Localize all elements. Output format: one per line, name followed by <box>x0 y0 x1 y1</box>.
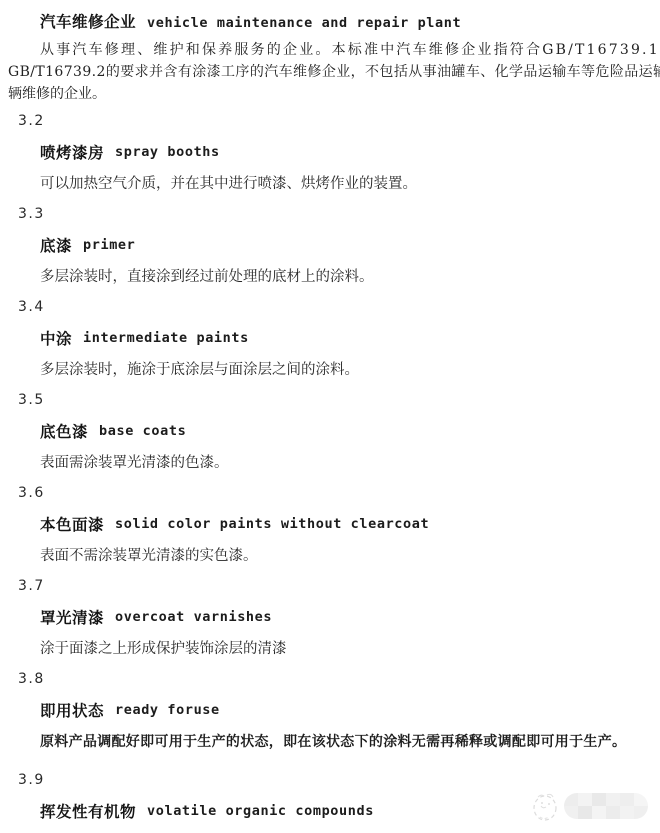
term-definition-paragraph: 从事汽车修理、维护和保养服务的企业。本标准中汽车维修企业指符合GB/T16739… <box>8 39 650 105</box>
term-chinese: 底色漆 <box>40 420 88 442</box>
term-english: volatile organic compounds <box>147 803 374 819</box>
definition-line: 从事汽车修理、维护和保养服务的企业。本标准中汽车维修企业指符合GB/T16739… <box>40 39 650 61</box>
term-definition: 涂于面漆之上形成保护装饰涂层的清漆 <box>40 637 287 658</box>
terminology-sections: 3.2 喷烤漆房spray booths 可以加热空气介质，并在其中进行喷漆、烘… <box>8 105 650 826</box>
term-section-3-7: 3.7 罩光清漆overcoat varnishes 涂于面漆之上形成保护装饰涂… <box>8 570 650 663</box>
term-definition: 可以加热空气介质，并在其中进行喷漆、烘烤作业的装置。 <box>40 172 417 193</box>
term-chinese: 本色面漆 <box>40 513 104 535</box>
watermark-logo-icon <box>530 789 560 823</box>
section-number: 3.8 <box>18 671 45 687</box>
term-definition: 表面不需涂装罩光清漆的实色漆。 <box>40 544 258 565</box>
term-definition: 原料产品调配好即可用于生产的状态，即在该状态下的涂料无需再稀释或调配即可用于生产… <box>40 731 626 751</box>
section-number: 3.5 <box>18 392 45 408</box>
term-section-3-4: 3.4 中涂intermediate paints 多层涂装时，施涂于底涂层与面… <box>8 291 650 384</box>
term-chinese: 中涂 <box>40 327 72 349</box>
term-english: vehicle maintenance and repair plant <box>147 15 461 31</box>
term-english: intermediate paints <box>83 330 249 346</box>
term-english: ready foruse <box>115 702 220 718</box>
term-chinese: 挥发性有机物 <box>40 800 136 822</box>
term-chinese: 即用状态 <box>40 699 104 721</box>
term-chinese: 汽车维修企业 <box>40 13 136 31</box>
term-section-3-2: 3.2 喷烤漆房spray booths 可以加热空气介质，并在其中进行喷漆、烘… <box>8 105 650 198</box>
section-number: 3.7 <box>18 578 45 594</box>
section-number: 3.2 <box>18 113 45 129</box>
term-english: base coats <box>99 423 186 439</box>
term-heading-intro: 汽车维修企业vehicle maintenance and repair pla… <box>40 0 650 32</box>
term-chinese: 喷烤漆房 <box>40 141 104 163</box>
section-number: 3.6 <box>18 485 45 501</box>
term-definition: 多层涂装时，施涂于底涂层与面涂层之间的涂料。 <box>40 358 359 379</box>
term-section-3-6: 3.6 本色面漆solid color paints without clear… <box>8 477 650 570</box>
section-number: 3.4 <box>18 299 45 315</box>
term-english: solid color paints without clearcoat <box>115 516 429 532</box>
watermark <box>530 786 650 826</box>
term-section-3-8: 3.8 即用状态ready foruse 原料产品调配好即可用于生产的状态，即在… <box>8 663 650 756</box>
term-section-3-5: 3.5 底色漆base coats 表面需涂装罩光清漆的色漆。 <box>8 384 650 477</box>
definition-line: GB/T16739.2的要求并含有涂漆工序的汽车维修企业，不包括从事油罐车、化学… <box>8 61 650 83</box>
term-heading: 喷烤漆房spray booths <box>8 136 650 167</box>
section-number: 3.9 <box>18 772 45 788</box>
term-heading: 本色面漆solid color paints without clearcoat <box>8 508 650 539</box>
term-heading: 罩光清漆overcoat varnishes <box>8 601 650 632</box>
term-section-3-3: 3.3 底漆primer 多层涂装时，直接涂到经过前处理的底材上的涂料。 <box>8 198 650 291</box>
term-heading: 底色漆base coats <box>8 415 650 446</box>
term-english: primer <box>83 237 135 253</box>
term-english: spray booths <box>115 144 220 160</box>
blurred-watermark-text <box>564 793 648 819</box>
term-definition: 多层涂装时，直接涂到经过前处理的底材上的涂料。 <box>40 265 374 286</box>
term-heading: 即用状态ready foruse <box>8 694 650 725</box>
definition-line: 辆维修的企业。 <box>8 83 650 105</box>
term-chinese: 罩光清漆 <box>40 606 104 628</box>
document-page: 汽车维修企业vehicle maintenance and repair pla… <box>0 0 660 826</box>
term-definition: 表面需涂装罩光清漆的色漆。 <box>40 451 229 472</box>
term-chinese: 底漆 <box>40 234 72 256</box>
term-heading: 中涂intermediate paints <box>8 322 650 353</box>
term-english: overcoat varnishes <box>115 609 272 625</box>
term-heading: 底漆primer <box>8 229 650 260</box>
section-number: 3.3 <box>18 206 45 222</box>
